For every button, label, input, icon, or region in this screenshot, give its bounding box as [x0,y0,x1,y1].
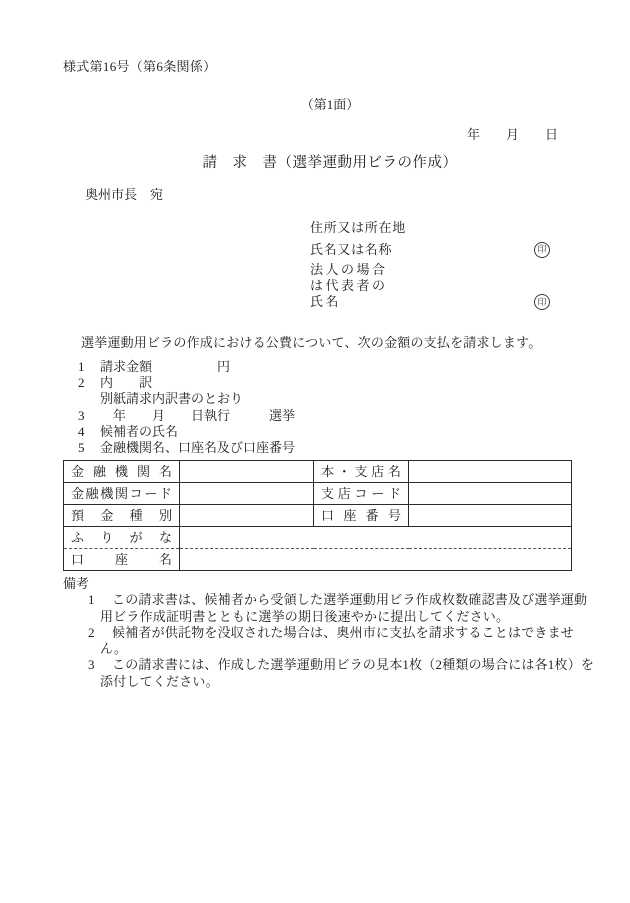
table-row: 金融機関コード 支店コード [64,483,572,505]
claim-item-election-date: 3 年 月 日執行 選挙 [78,408,597,424]
item-number: 5 [78,440,100,456]
table-row: 金融機関名 本・支店名 [64,461,572,483]
branch-name-value [409,461,572,483]
note-item: 1この請求書は、候補者から受領した選挙運動用ビラ作成枚数確認書及び選挙運動用ビラ… [100,592,597,625]
note-item: 3この請求書には、作成した選挙運動用ビラの見本1枚（2種類の場合には各1枚）を添… [100,657,597,690]
deposit-type-label: 預金種別 [64,505,180,527]
branch-code-value [409,483,572,505]
note-text: 候補者が供託物を没収された場合は、奥州市に支払を請求することはできません。 [100,625,574,656]
item-number: 2 [78,375,100,391]
item-text: 内 訳 [100,375,152,390]
furigana-value [180,527,572,549]
addressee: 奥州市長 宛 [85,186,597,203]
claim-item-amount: 1請求金額 円 [78,359,597,375]
applicant-block: 住所又は所在地 氏名又は名称 印 法人の場合 は代表者の 氏名 印 [310,219,550,310]
table-row: 預金種別 口座番号 [64,505,572,527]
item-number: 4 [78,424,100,440]
corporate-note-line-2: は代表者の [310,278,550,294]
financial-institution-name-value [180,461,314,483]
financial-institution-code-value [180,483,314,505]
page-marker: （第1面） [63,96,597,113]
claim-item-candidate-name: 4候補者の氏名 [78,424,597,440]
note-text: この請求書は、候補者から受領した選挙運動用ビラ作成枚数確認書及び選挙運動用ビラ作… [100,592,587,623]
deposit-type-value [180,505,314,527]
item-text: 年 月 日執行 選挙 [100,408,295,423]
document-title: 請 求 書（選挙運動用ビラの作成） [63,155,597,172]
applicant-address-label: 住所又は所在地 [310,219,550,236]
corporate-note-line-1: 法人の場合 [310,262,550,278]
applicant-name-row: 氏名又は名称 印 [310,241,550,258]
item-text: 別紙請求内訳書のとおり [100,391,243,406]
form-number: 様式第16号（第6条関係） [63,58,597,75]
branch-code-label: 支店コード [314,483,409,505]
corporate-name-row: 氏名 印 [310,294,550,310]
branch-name-label: 本・支店名 [314,461,409,483]
notes-heading: 備考 [63,575,597,592]
financial-institution-code-label: 金融機関コード [64,483,180,505]
table-row: 口座名 [64,549,572,571]
applicant-name-label: 氏名又は名称 [310,241,392,258]
account-name-label: 口座名 [64,549,180,571]
account-number-label: 口座番号 [314,505,409,527]
account-name-value [180,549,572,571]
note-number: 2 [88,625,112,641]
claim-items-list: 1請求金額 円 2内 訳 別紙請求内訳書のとおり 3 年 月 日執行 選挙 4候… [78,359,597,456]
claim-item-bank-info: 5金融機関名、口座名及び口座番号 [78,440,597,456]
financial-institution-name-label: 金融機関名 [64,461,180,483]
request-form-page: 様式第16号（第6条関係） （第1面） 年 月 日 請 求 書（選挙運動用ビラの… [0,0,630,903]
item-number: 3 [78,408,100,424]
seal-icon: 印 [534,294,550,310]
date-line: 年 月 日 [63,126,597,143]
corporate-representative-note: 法人の場合 は代表者の 氏名 印 [310,262,550,310]
item-number: 1 [78,359,100,375]
note-number: 1 [88,592,112,608]
notes-section: 備考 1この請求書は、候補者から受領した選挙運動用ビラ作成枚数確認書及び選挙運動… [63,575,597,690]
account-number-value [409,505,572,527]
corporate-name-label: 氏名 [310,294,341,310]
seal-icon: 印 [534,242,550,258]
furigana-label: ふりがな [64,527,180,549]
table-row: ふりがな [64,527,572,549]
item-text: 金融機関名、口座名及び口座番号 [100,440,295,455]
item-text: 請求金額 円 [100,359,230,374]
note-text: この請求書には、作成した選挙運動用ビラの見本1枚（2種類の場合には各1枚）を添付… [100,657,594,688]
note-item: 2候補者が供託物を没収された場合は、奥州市に支払を請求することはできません。 [100,625,597,658]
note-number: 3 [88,657,112,673]
claim-item-breakdown-note: 別紙請求内訳書のとおり [78,391,597,407]
claim-item-breakdown: 2内 訳 [78,375,597,391]
request-sentence: 選挙運動用ビラの作成における公費について、次の金額の支払を請求します。 [63,334,597,351]
bank-account-table: 金融機関名 本・支店名 金融機関コード 支店コード 預金種別 口座番号 ふりがな [63,460,572,571]
item-text: 候補者の氏名 [100,424,178,439]
